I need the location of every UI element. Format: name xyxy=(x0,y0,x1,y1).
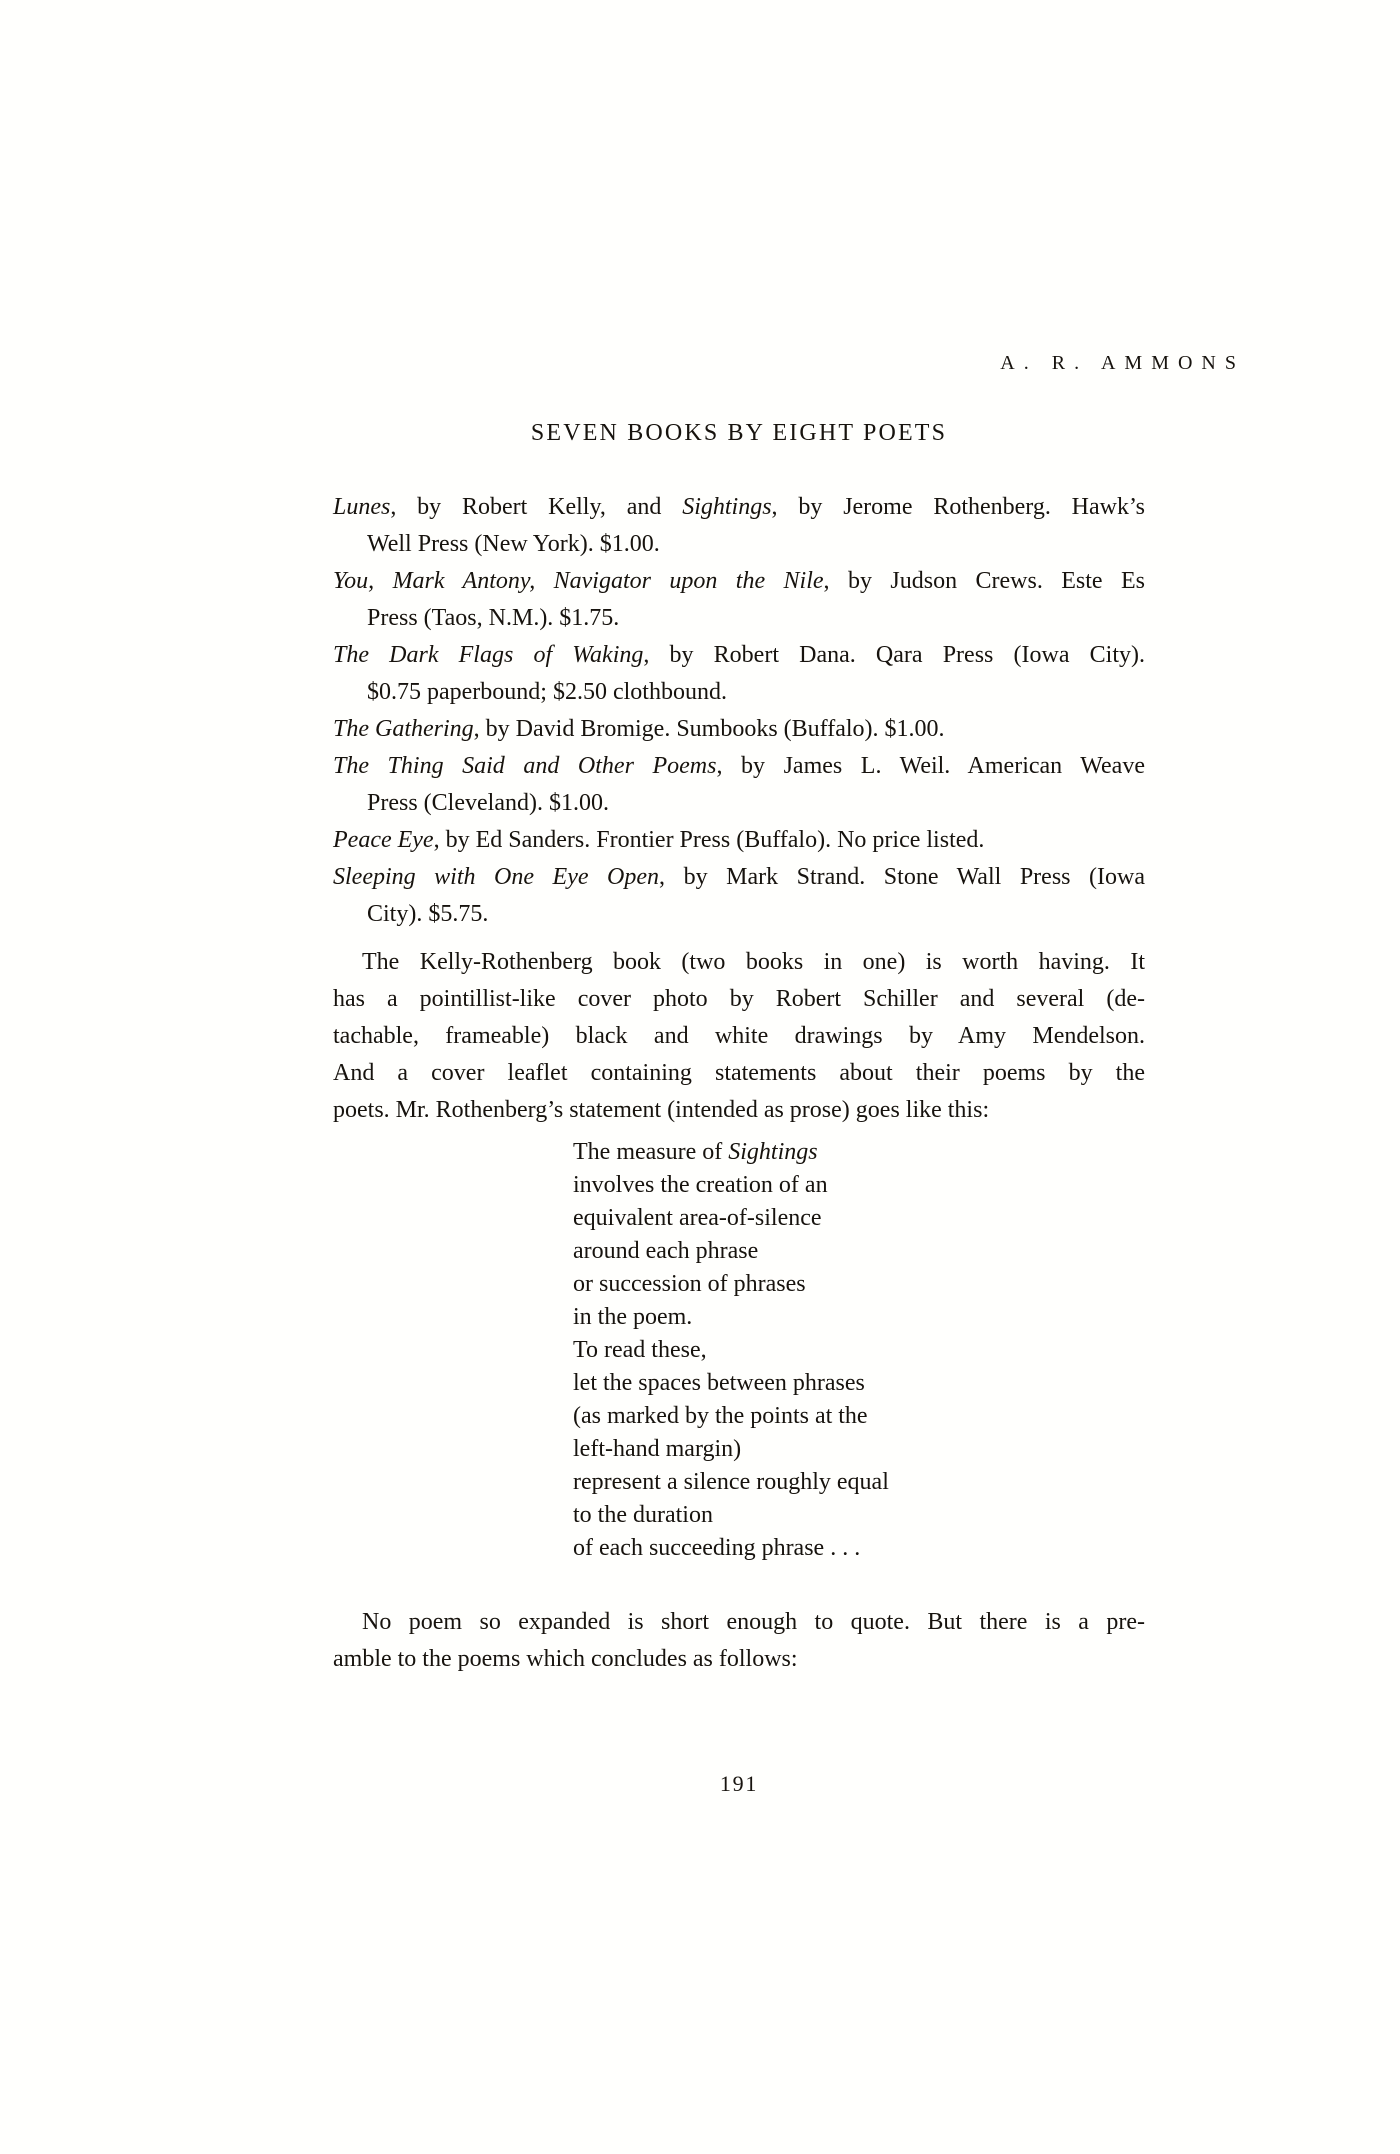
text-line: The Thing Said and Other Poems, by James… xyxy=(333,748,1145,785)
text-run: And a cover leaflet containing statement… xyxy=(333,1060,1145,1086)
text-line: The measure of Sightings xyxy=(573,1136,889,1169)
text-run: poets. Mr. Rothenberg’s statement (inten… xyxy=(333,1097,989,1123)
text-run: tachable, frameable) black and white dra… xyxy=(333,1023,1145,1049)
text-run: City). $5.75. xyxy=(367,901,488,927)
text-run: $0.75 paperbound; $2.50 clothbound. xyxy=(367,679,727,705)
text-line: involves the creation of an xyxy=(573,1169,889,1202)
text-run: amble to the poems which concludes as fo… xyxy=(333,1646,798,1672)
italic-title-run: Sightings xyxy=(682,494,771,520)
text-line: The Kelly-Rothenberg book (two books in … xyxy=(333,944,1145,981)
text-line: Press (Cleveland). $1.00. xyxy=(333,785,1145,822)
text-run: Press (Cleveland). $1.00. xyxy=(367,790,609,816)
text-line: Peace Eye, by Ed Sanders. Frontier Press… xyxy=(333,822,1145,859)
text-run: or succession of phrases xyxy=(573,1271,806,1297)
bibliography-entry: Peace Eye, by Ed Sanders. Frontier Press… xyxy=(333,822,1145,859)
running-head-author: A. R. AMMONS xyxy=(333,352,1245,375)
text-line: left-hand margin) xyxy=(573,1433,889,1466)
bibliography-list: Lunes, by Robert Kelly, and Sightings, b… xyxy=(333,489,1145,933)
text-line: to the duration xyxy=(573,1499,889,1532)
text-run: equivalent area-of-silence xyxy=(573,1205,822,1231)
bibliography-entry: The Dark Flags of Waking, by Robert Dana… xyxy=(333,637,1145,711)
book-page: A. R. AMMONS SEVEN BOOKS BY EIGHT POETS … xyxy=(0,0,1400,2154)
text-line: of each succeeding phrase . . . xyxy=(573,1532,889,1565)
text-line: in the poem. xyxy=(573,1301,889,1334)
text-run: The measure of xyxy=(573,1139,728,1165)
italic-title-run: Sleeping with One Eye Open xyxy=(333,864,659,890)
bibliography-entry: The Gathering, by David Bromige. Sumbook… xyxy=(333,711,1145,748)
text-line: No poem so expanded is short enough to q… xyxy=(333,1604,1145,1641)
page-title: SEVEN BOOKS BY EIGHT POETS xyxy=(333,420,1145,447)
bibliography-entry: You, Mark Antony, Navigator upon the Nil… xyxy=(333,563,1145,637)
text-run: involves the creation of an xyxy=(573,1172,828,1198)
text-line: City). $5.75. xyxy=(333,896,1145,933)
text-line: And a cover leaflet containing statement… xyxy=(333,1055,1145,1092)
text-run: to the duration xyxy=(573,1502,713,1528)
text-run: No poem so expanded is short enough to q… xyxy=(362,1609,1145,1635)
text-run: represent a silence roughly equal xyxy=(573,1469,889,1495)
text-run: has a pointillist-like cover photo by Ro… xyxy=(333,986,1145,1012)
text-line: The Gathering, by David Bromige. Sumbook… xyxy=(333,711,1145,748)
text-line: represent a silence roughly equal xyxy=(573,1466,889,1499)
text-line: (as marked by the points at the xyxy=(573,1400,889,1433)
text-run: , by David Bromige. Sumbooks (Buffalo). … xyxy=(474,716,945,742)
text-line: tachable, frameable) black and white dra… xyxy=(333,1018,1145,1055)
text-line: The Dark Flags of Waking, by Robert Dana… xyxy=(333,637,1145,674)
italic-title-run: You, Mark Antony, Navigator upon the Nil… xyxy=(333,568,824,594)
text-line: Well Press (New York). $1.00. xyxy=(333,526,1145,563)
text-line: Sleeping with One Eye Open, by Mark Stra… xyxy=(333,859,1145,896)
italic-title-run: The Gathering xyxy=(333,716,474,742)
text-line: Press (Taos, N.M.). $1.75. xyxy=(333,600,1145,637)
paragraph-kelly-rothenberg: The Kelly-Rothenberg book (two books in … xyxy=(333,944,1145,1129)
text-run: , by Robert Kelly, and xyxy=(390,494,682,520)
text-run: left-hand margin) xyxy=(573,1436,741,1462)
paragraph-no-poem: No poem so expanded is short enough to q… xyxy=(333,1604,1145,1678)
text-run: Well Press (New York). $1.00. xyxy=(367,531,660,557)
page-number: 191 xyxy=(333,1771,1145,1797)
italic-title-run: The Thing Said and Other Poems xyxy=(333,753,716,779)
text-line: let the spaces between phrases xyxy=(573,1367,889,1400)
italic-title-run: Sightings xyxy=(728,1139,817,1165)
text-run: , by Robert Dana. Qara Press (Iowa City)… xyxy=(643,642,1145,668)
text-line: $0.75 paperbound; $2.50 clothbound. xyxy=(333,674,1145,711)
italic-title-run: Lunes xyxy=(333,494,390,520)
text-run: , by James L. Weil. American Weave xyxy=(716,753,1145,779)
text-line: Lunes, by Robert Kelly, and Sightings, b… xyxy=(333,489,1145,526)
bibliography-entry: Sleeping with One Eye Open, by Mark Stra… xyxy=(333,859,1145,933)
text-line: or succession of phrases xyxy=(573,1268,889,1301)
text-run: of each succeeding phrase . . . xyxy=(573,1535,860,1561)
text-line: has a pointillist-like cover photo by Ro… xyxy=(333,981,1145,1018)
text-line: poets. Mr. Rothenberg’s statement (inten… xyxy=(333,1092,1145,1129)
poem-quotation: The measure of Sightingsinvolves the cre… xyxy=(573,1136,889,1565)
bibliography-entry: The Thing Said and Other Poems, by James… xyxy=(333,748,1145,822)
text-run: let the spaces between phrases xyxy=(573,1370,865,1396)
text-run: (as marked by the points at the xyxy=(573,1403,868,1429)
text-run: The Kelly-Rothenberg book (two books in … xyxy=(362,949,1145,975)
text-run: , by Judson Crews. Este Es xyxy=(824,568,1145,594)
italic-title-run: Peace Eye xyxy=(333,827,434,853)
text-run: , by Jerome Rothenberg. Hawk’s xyxy=(772,494,1145,520)
italic-title-run: The Dark Flags of Waking xyxy=(333,642,643,668)
text-run: , by Mark Strand. Stone Wall Press (Iowa xyxy=(659,864,1145,890)
text-run: Press (Taos, N.M.). $1.75. xyxy=(367,605,619,631)
text-line: amble to the poems which concludes as fo… xyxy=(333,1641,1145,1678)
text-line: You, Mark Antony, Navigator upon the Nil… xyxy=(333,563,1145,600)
text-run: , by Ed Sanders. Frontier Press (Buffalo… xyxy=(434,827,985,853)
text-run: in the poem. xyxy=(573,1304,692,1330)
text-line: around each phrase xyxy=(573,1235,889,1268)
text-line: To read these, xyxy=(573,1334,889,1367)
text-line: equivalent area-of-silence xyxy=(573,1202,889,1235)
text-run: around each phrase xyxy=(573,1238,758,1264)
text-run: To read these, xyxy=(573,1337,707,1363)
bibliography-entry: Lunes, by Robert Kelly, and Sightings, b… xyxy=(333,489,1145,563)
